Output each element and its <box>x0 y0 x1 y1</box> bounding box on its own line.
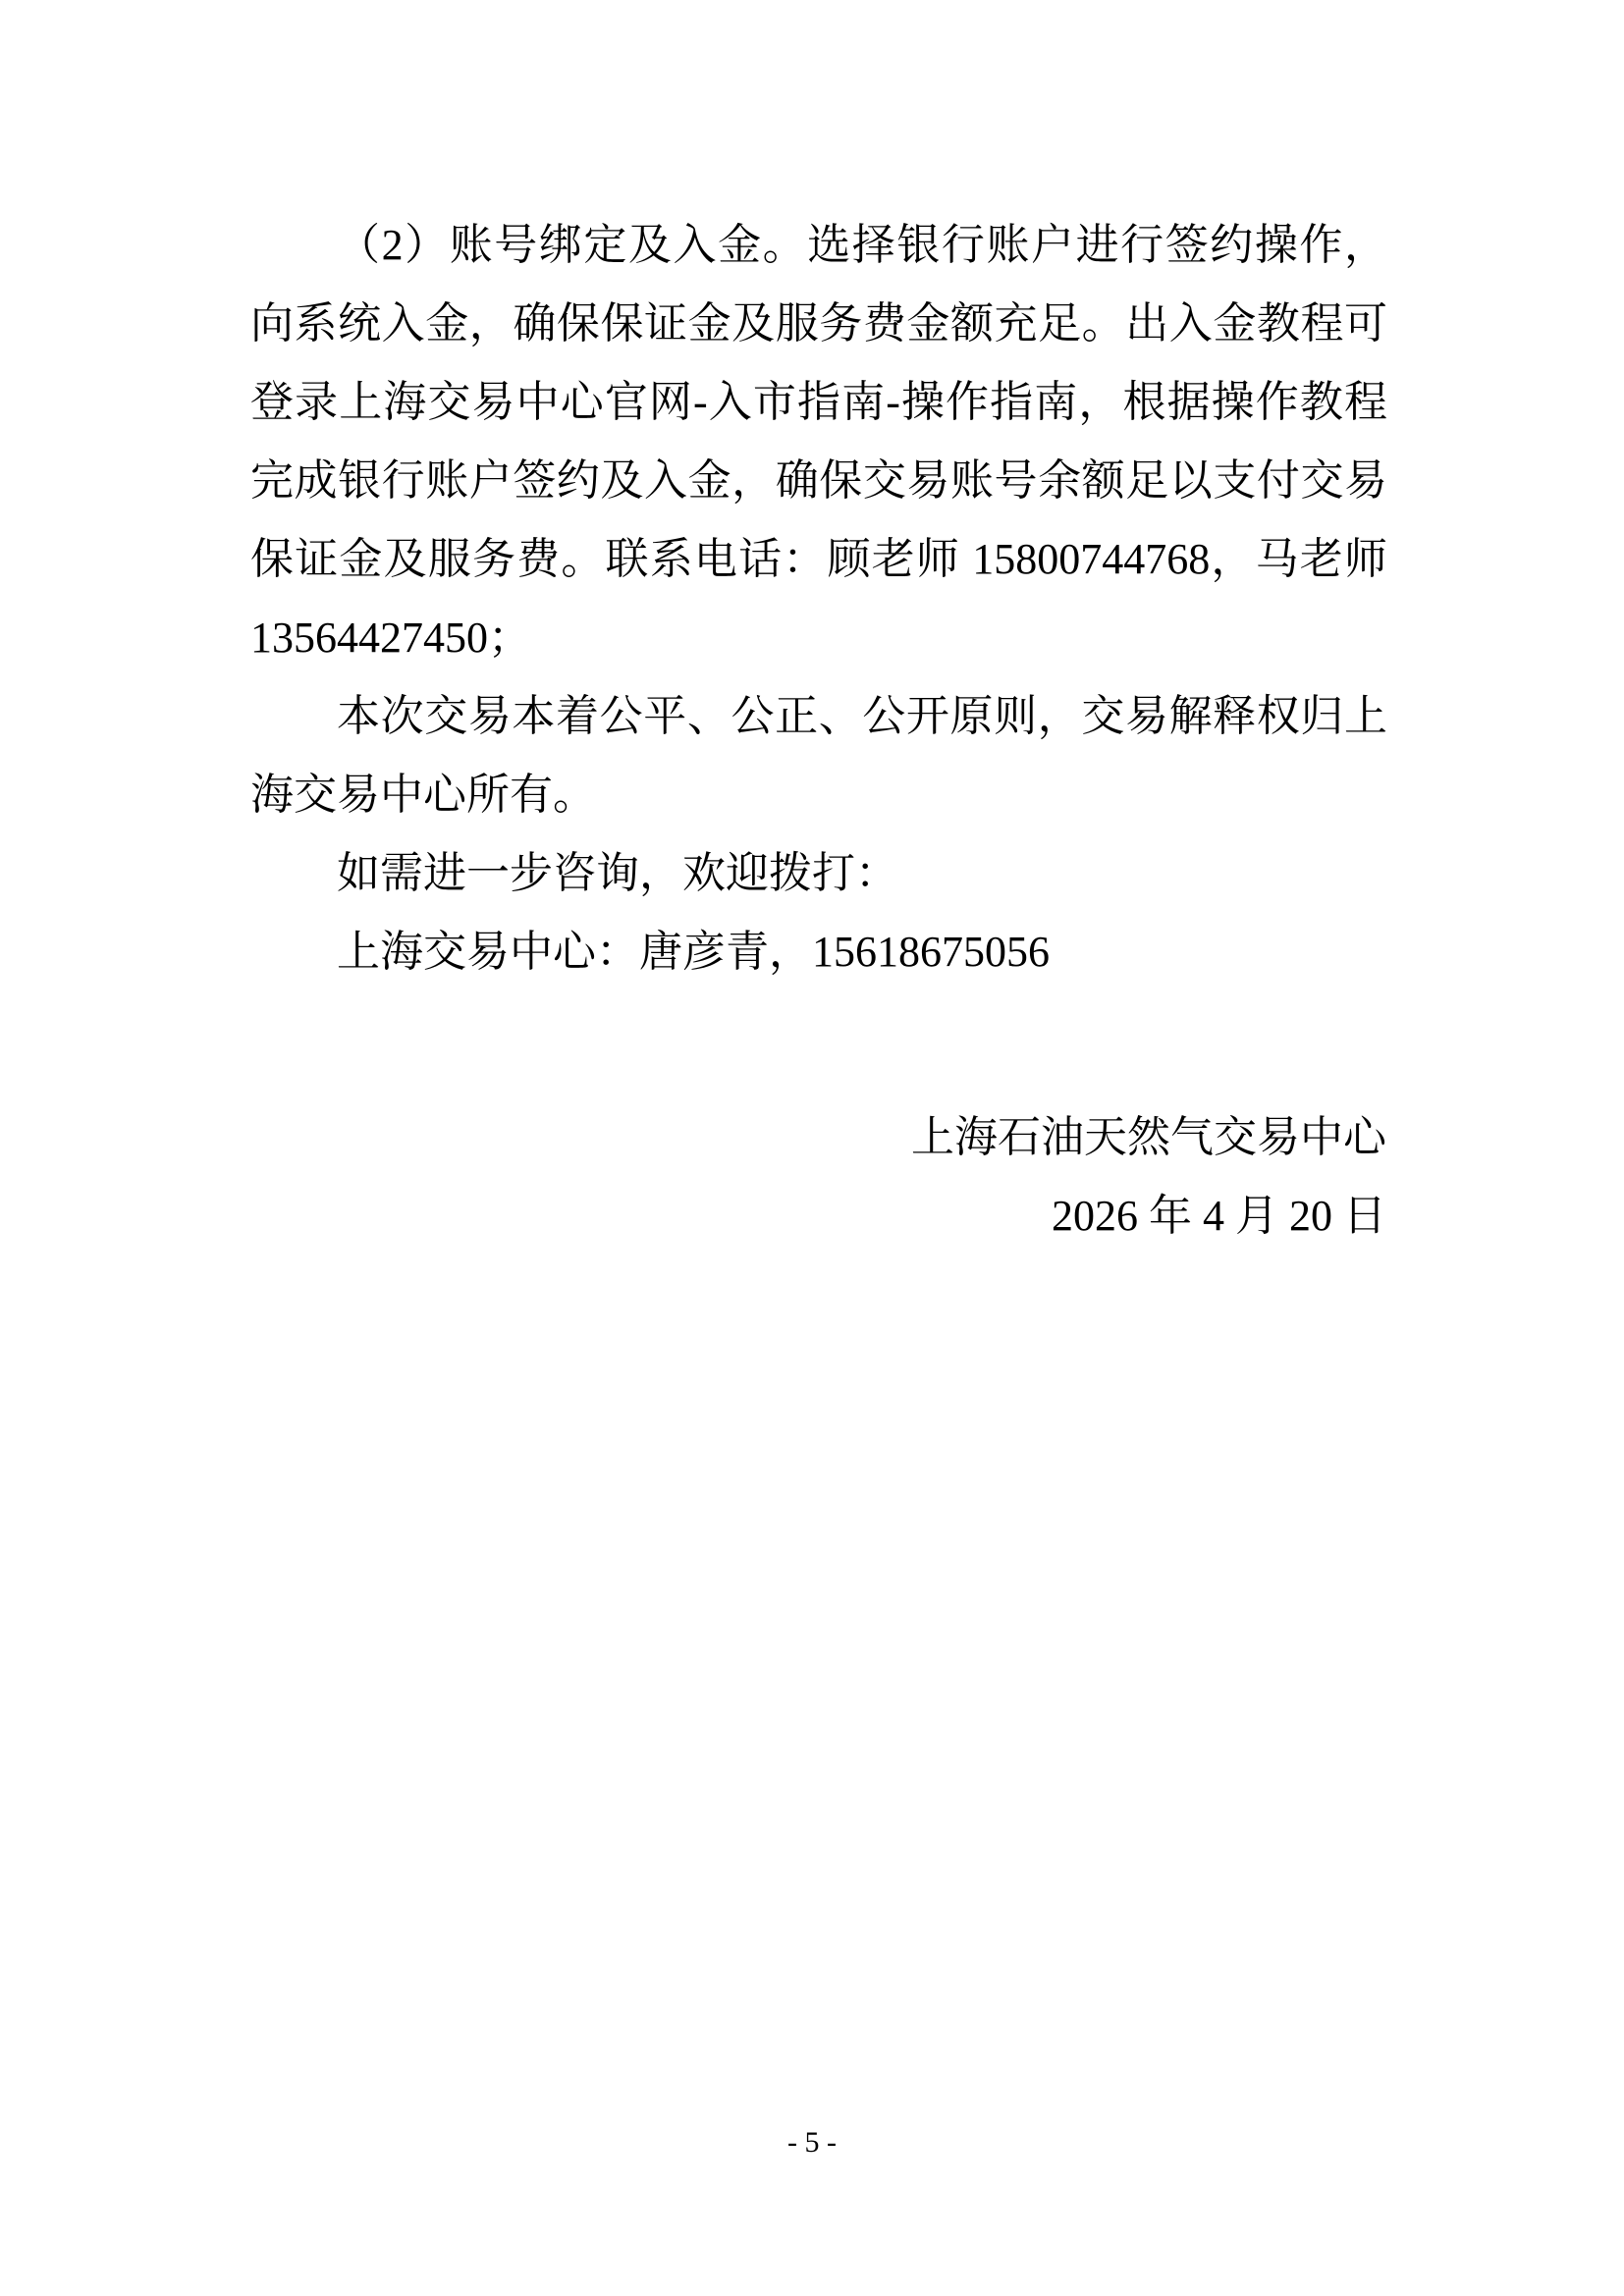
body-line: 海交易中心所有。 <box>250 756 1387 834</box>
document-body: （2）账号绑定及入金。选择银行账户进行签约操作， 向系统入金，确保保证金及服务费… <box>250 206 1387 991</box>
body-line: 向系统入金，确保保证金及服务费金额充足。出入金教程可 <box>250 285 1387 363</box>
signature-block: 上海石油天然气交易中心 2026 年 4 月 20 日 <box>911 1098 1386 1255</box>
signature-date: 2026 年 4 月 20 日 <box>911 1177 1386 1255</box>
body-line: 登录上海交易中心官网-入市指南-操作指南，根据操作教程 <box>250 363 1387 442</box>
body-line: 如需进一步咨询，欢迎拨打： <box>250 834 1387 913</box>
body-line: 上海交易中心：唐彦青，15618675056 <box>250 913 1387 991</box>
document-page: （2）账号绑定及入金。选择银行账户进行签约操作， 向系统入金，确保保证金及服务费… <box>0 0 1624 2296</box>
page-number: - 5 - <box>0 2126 1624 2160</box>
body-line: 13564427450； <box>250 599 1387 677</box>
signature-org: 上海石油天然气交易中心 <box>911 1098 1386 1177</box>
body-line: 完成银行账户签约及入金，确保交易账号余额足以支付交易 <box>250 442 1387 520</box>
body-line: 本次交易本着公平、公正、公开原则，交易解释权归上 <box>250 677 1387 756</box>
body-line: （2）账号绑定及入金。选择银行账户进行签约操作， <box>250 206 1387 285</box>
body-line: 保证金及服务费。联系电话：顾老师 15800744768，马老师 <box>250 520 1387 599</box>
